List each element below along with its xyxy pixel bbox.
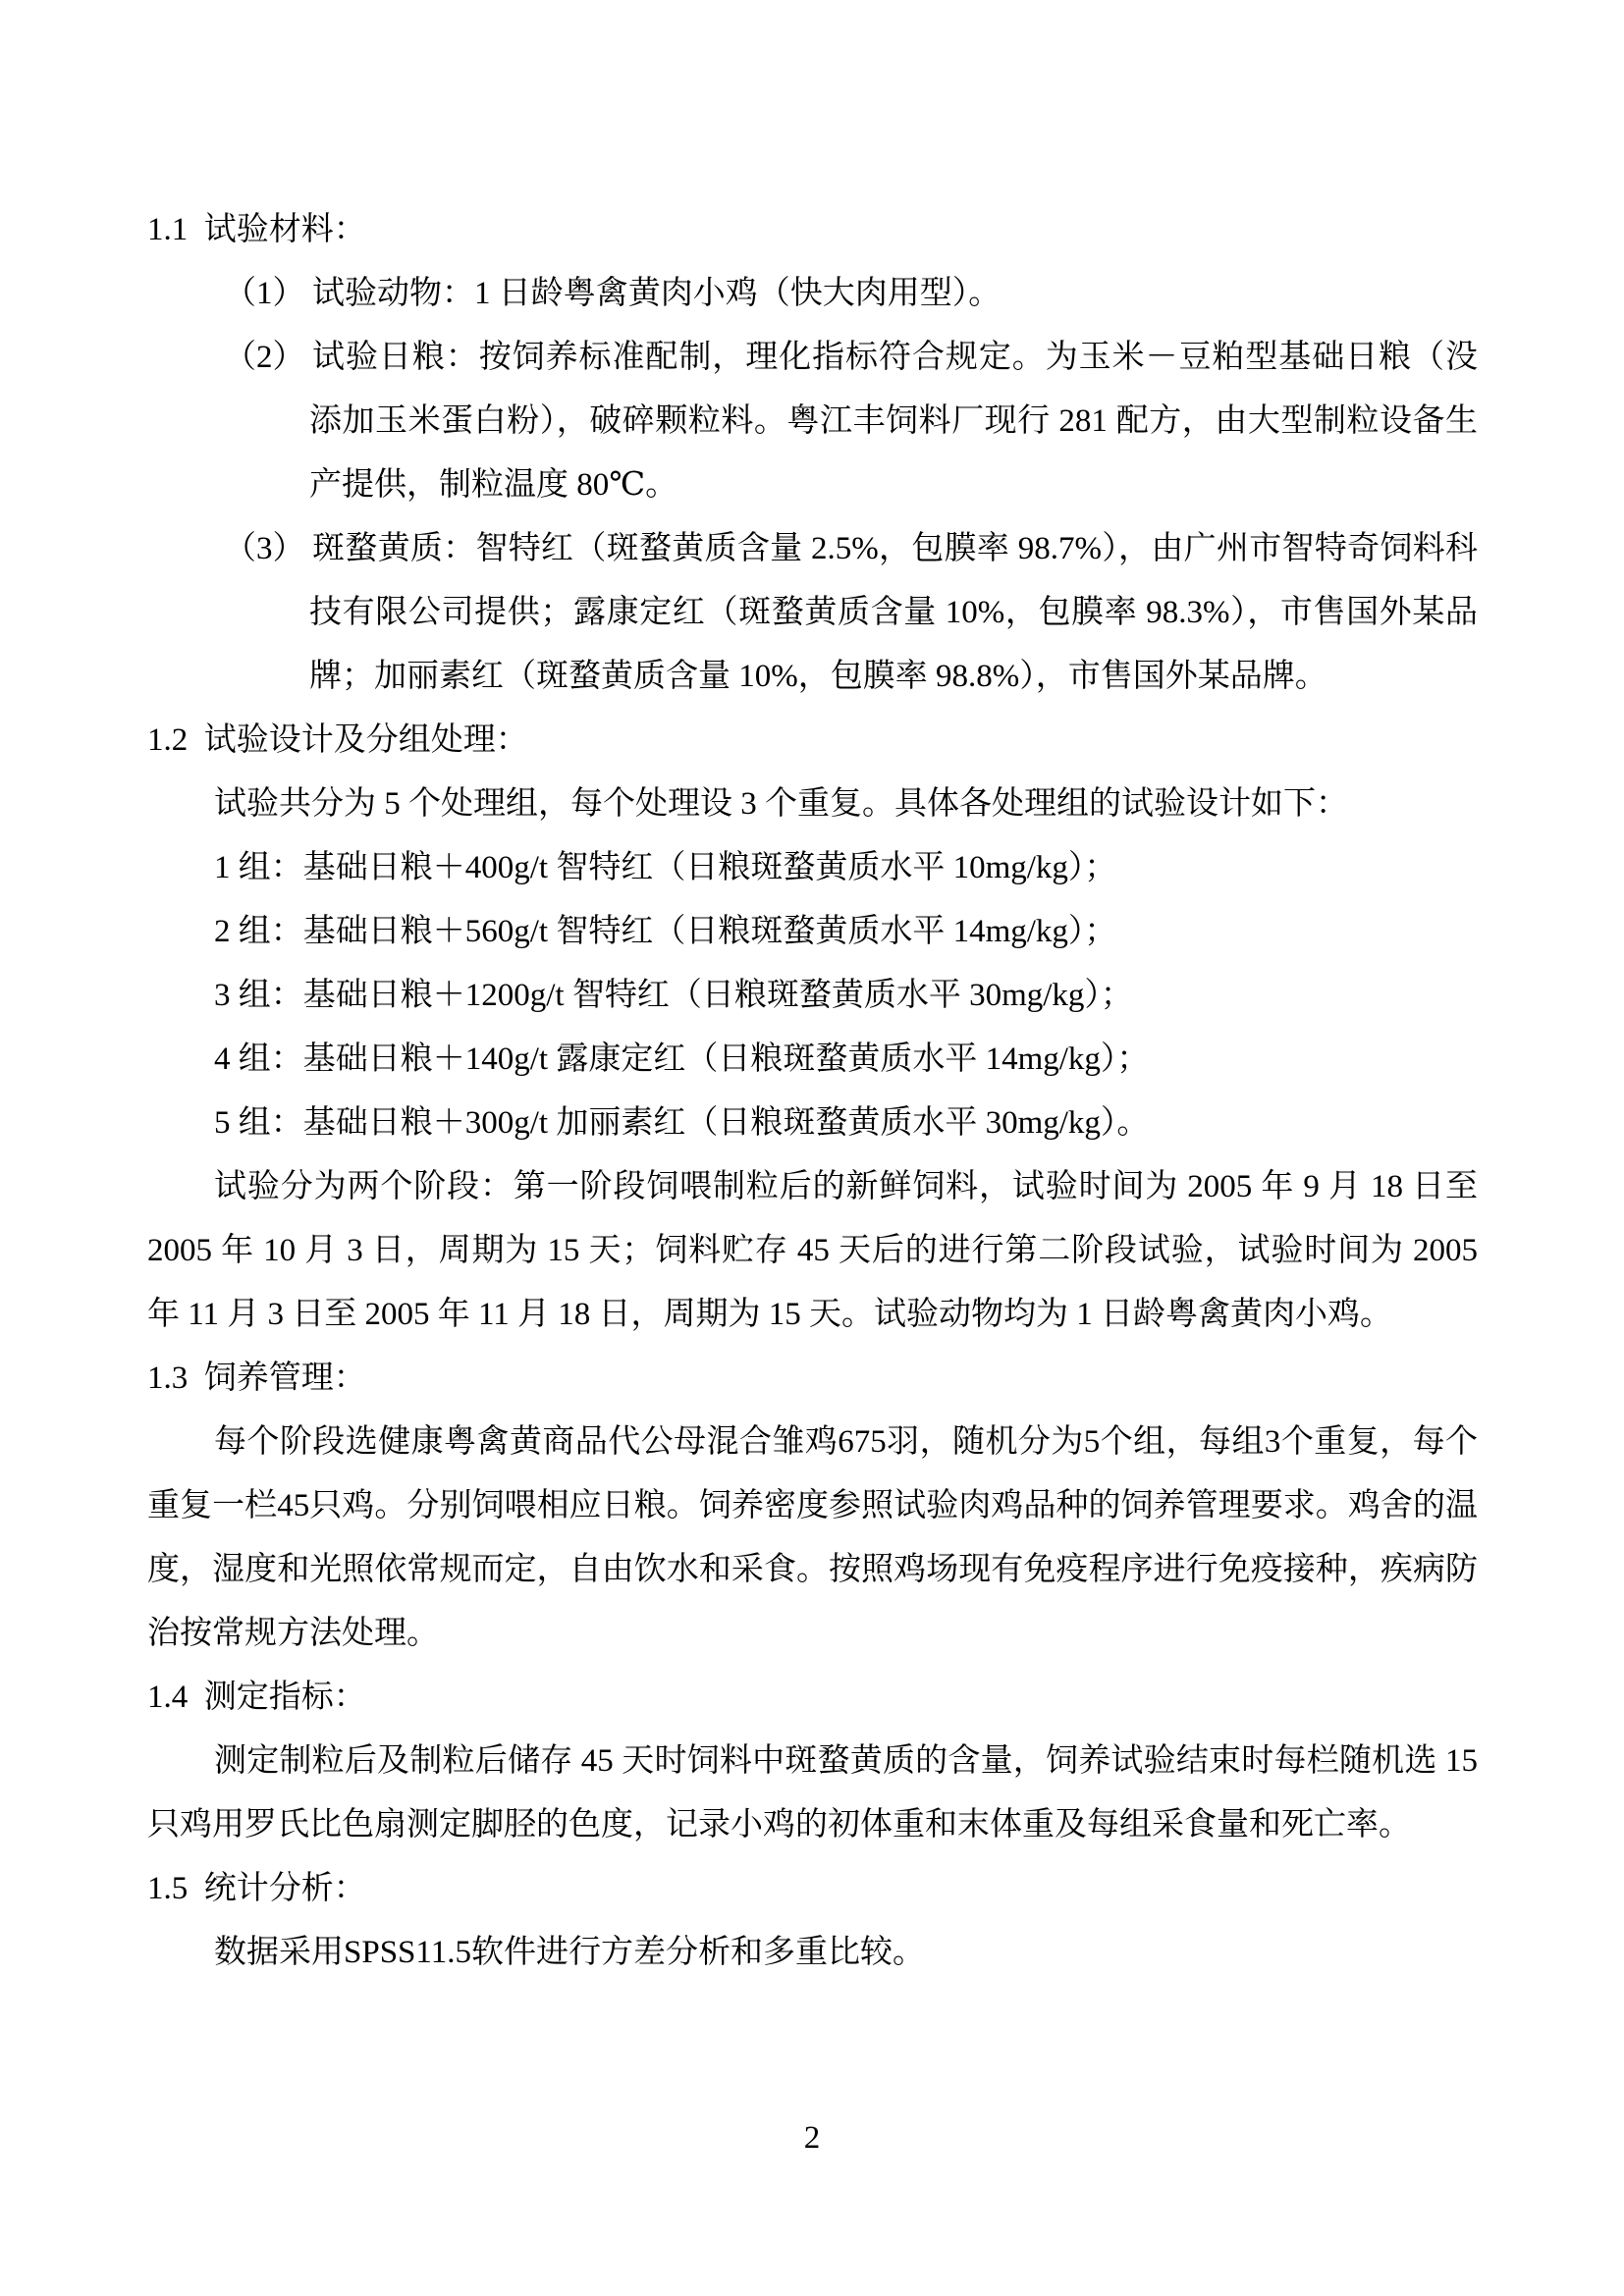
item-2-line-1-text: 试验日粮：按饲养标准配制，理化指标符合规定。为玉米－豆粕型基础日粮（没有: [312, 326, 1478, 390]
group-1: 1 组：基础日粮＋400g/t 智特红（日粮斑蝥黄质水平 10mg/kg）；: [214, 836, 1478, 900]
stages-line-3: 年 11 月 3 日至 2005 年 11 月 18 日，周期为 15 天。试验…: [147, 1283, 1478, 1347]
measure-line-2: 只鸡用罗氏比色扇测定脚胫的色度，记录小鸡的初体重和末体重及每组采食量和死亡率。: [147, 1793, 1478, 1857]
husbandry-line-4: 治按常规方法处理。: [147, 1602, 1478, 1666]
group-4: 4 组：基础日粮＋140g/t 露康定红（日粮斑蝥黄质水平 14mg/kg）；: [214, 1028, 1478, 1092]
stages-line-1: 试验分为两个阶段：第一阶段饲喂制粒后的新鲜饲料，试验时间为 2005 年 9 月…: [214, 1155, 1478, 1219]
heading-1-3: 1.3 饲养管理：: [147, 1347, 1478, 1411]
item-3-line-1-marker: （3）: [224, 517, 312, 581]
stages-line-2: 2005 年 10 月 3 日，周期为 15 天；饲料贮存 45 天后的进行第二…: [147, 1219, 1478, 1283]
item-1-text: 试验动物：1 日龄粤禽黄肉小鸡（快大肉用型）。: [312, 262, 1478, 326]
heading-1-5: 1.5 统计分析：: [147, 1857, 1478, 1921]
husbandry-line-2: 重复一栏45只鸡。分别饲喂相应日粮。饲养密度参照试验肉鸡品种的饲养管理要求。鸡舍…: [147, 1474, 1478, 1538]
item-3-line-1-text: 斑蝥黄质：智特红（斑蝥黄质含量 2.5%，包膜率 98.7%），由广州市智特奇饲…: [312, 517, 1478, 581]
item-2-line-2: 添加玉米蛋白粉），破碎颗粒料。粤江丰饲料厂现行 281 配方，由大型制粒设备生: [309, 390, 1478, 454]
measure-line-1: 测定制粒后及制粒后储存 45 天时饲料中斑蝥黄质的含量，饲养试验结束时每栏随机选…: [214, 1730, 1478, 1793]
group-5: 5 组：基础日粮＋300g/t 加丽素红（日粮斑蝥黄质水平 30mg/kg）。: [214, 1092, 1478, 1155]
item-2-line-1: （2）试验日粮：按饲养标准配制，理化指标符合规定。为玉米－豆粕型基础日粮（没有: [224, 326, 1478, 390]
item-3-line-3: 牌；加丽素红（斑蝥黄质含量 10%，包膜率 98.8%），市售国外某品牌。: [309, 645, 1478, 709]
item-1: （1）试验动物：1 日龄粤禽黄肉小鸡（快大肉用型）。: [224, 262, 1478, 326]
page-number: 2: [0, 2118, 1624, 2158]
husbandry-line-1: 每个阶段选健康粤禽黄商品代公母混合雏鸡675羽，随机分为5个组，每组3个重复，每…: [214, 1411, 1478, 1474]
stats-line-1: 数据采用SPSS11.5软件进行方差分析和多重比较。: [214, 1921, 1478, 1985]
page-body-text: 1.1 试验材料：（1）试验动物：1 日龄粤禽黄肉小鸡（快大肉用型）。（2）试验…: [147, 198, 1478, 1985]
item-3-line-1: （3）斑蝥黄质：智特红（斑蝥黄质含量 2.5%，包膜率 98.7%），由广州市智…: [224, 517, 1478, 581]
item-3-line-2: 技有限公司提供；露康定红（斑蝥黄质含量 10%，包膜率 98.3%），市售国外某…: [309, 581, 1478, 645]
document-page: 1.1 试验材料：（1）试验动物：1 日龄粤禽黄肉小鸡（快大肉用型）。（2）试验…: [0, 0, 1624, 2296]
group-2: 2 组：基础日粮＋560g/t 智特红（日粮斑蝥黄质水平 14mg/kg）；: [214, 900, 1478, 964]
heading-1-2: 1.2 试验设计及分组处理：: [147, 709, 1478, 773]
item-2-line-3: 产提供，制粒温度 80℃。: [309, 454, 1478, 517]
item-1-marker: （1）: [224, 262, 312, 326]
design-intro: 试验共分为 5 个处理组，每个处理设 3 个重复。具体各处理组的试验设计如下：: [214, 773, 1478, 836]
husbandry-line-3: 度，湿度和光照依常规而定，自由饮水和采食。按照鸡场现有免疫程序进行免疫接种，疾病…: [147, 1538, 1478, 1602]
heading-1-1: 1.1 试验材料：: [147, 198, 1478, 262]
group-3: 3 组：基础日粮＋1200g/t 智特红（日粮斑蝥黄质水平 30mg/kg）；: [214, 964, 1478, 1028]
heading-1-4: 1.4 测定指标：: [147, 1666, 1478, 1730]
item-2-line-1-marker: （2）: [224, 326, 312, 390]
